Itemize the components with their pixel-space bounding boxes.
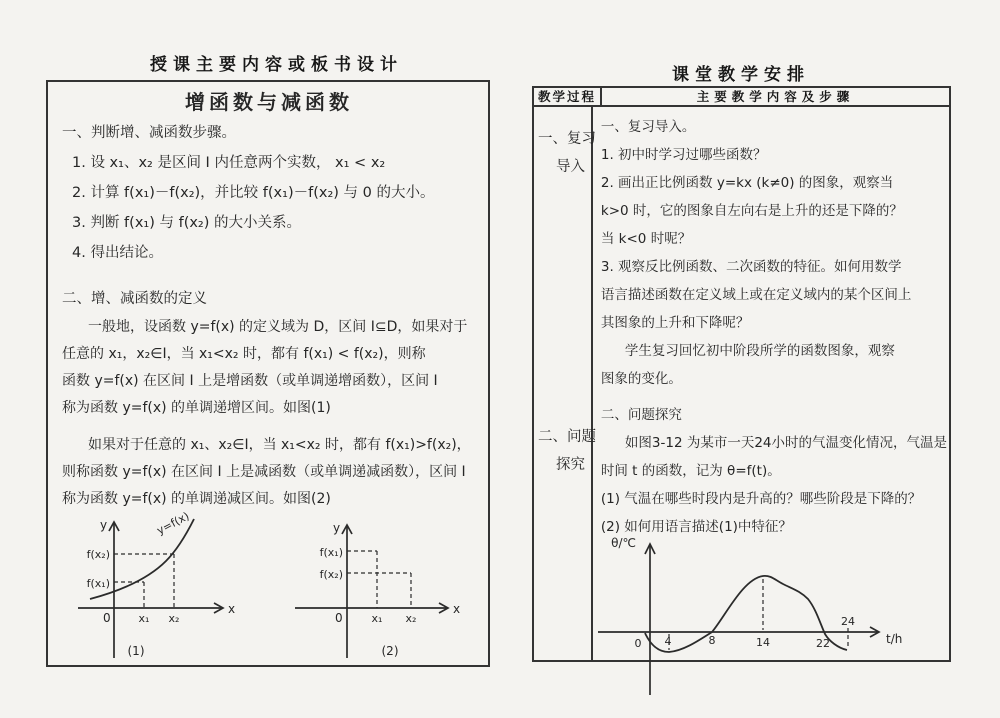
section2-heading: 二、增、减函数的定义: [62, 284, 476, 314]
scanned-lesson-plan: 授课主要内容或板书设计 增函数与减函数 一、判断增、减函数步骤。 1. 设 x₁…: [0, 0, 1000, 718]
temperature-curve-graph: θ/℃ t/h 0 4 8 14 22 24: [588, 533, 918, 703]
content-line: 1. 初中时学习过哪些函数？: [601, 141, 947, 169]
x2-tick-label: x₂: [406, 612, 417, 625]
process-column: 一、复习 导入 二、问题 探究: [534, 107, 593, 662]
process-label: 探究: [556, 453, 585, 474]
graph1-caption: (1): [128, 644, 145, 658]
y-axis-label: y: [100, 518, 107, 532]
board-title: 增函数与减函数: [62, 86, 476, 118]
tick-label: 22: [816, 637, 830, 650]
definition-line: 一般地，设函数 y=f(x) 的定义域为 D，区间 I⊆D，如果对于: [62, 314, 476, 341]
origin-label: 0: [103, 611, 111, 625]
content-line: 一、复习导入。: [601, 113, 947, 141]
fx1-label: f(x₁): [87, 577, 110, 590]
content-line: 语言描述函数在定义域上或在定义域内的某个区间上: [601, 281, 947, 309]
y-axis-label: y: [333, 521, 340, 535]
fx1-label: f(x₁): [320, 546, 343, 559]
process-label: 二、问题: [538, 425, 596, 446]
origin-label: 0: [335, 611, 343, 625]
content-line: 如图3-12 为某市一天24小时的气温变化情况，气温是: [601, 429, 947, 457]
definition-line: 称为函数 y=f(x) 的单调递增区间。如图(1): [62, 395, 476, 422]
definition-line: 函数 y=f(x) 在区间 I 上是增函数（或单调递增函数），区间 I: [62, 368, 476, 395]
x-axis-label: x: [453, 602, 460, 616]
right-page-header: 课堂教学安排: [672, 60, 810, 85]
x1-tick-label: x₁: [139, 612, 150, 625]
left-page-header: 授课主要内容或板书设计: [150, 50, 403, 75]
process-label: 一、复习: [538, 127, 596, 148]
section1-heading: 一、判断增、减函数步骤。: [62, 118, 476, 148]
definition-line: 称为函数 y=f(x) 的单调递减区间。如图(2): [62, 486, 476, 513]
content-column-header: 主要教学内容及步骤: [602, 88, 949, 105]
step-line: 3. 判断 f(x₁) 与 f(x₂) 的大小关系。: [62, 208, 476, 238]
x2-tick-label: x₂: [169, 612, 180, 625]
tick-label: 24: [841, 615, 855, 628]
content-line: 图象的变化。: [601, 365, 947, 393]
tick-label: 0: [635, 637, 642, 650]
content-line: 3. 观察反比例函数、二次函数的特征。如何用数学: [601, 253, 947, 281]
fx2-label: f(x₂): [87, 548, 110, 561]
fx2-label: f(x₂): [320, 568, 343, 581]
definition-line: 则称函数 y=f(x) 在区间 I 上是减函数（或单调递减函数），区间 I: [62, 459, 476, 486]
content-line: 学生复习回忆初中阶段所学的函数图象，观察: [601, 337, 947, 365]
graph2-caption: (2): [382, 644, 399, 658]
x-axis-label: x: [228, 602, 235, 616]
content-line: k>0 时，它的图象自左向右是上升的还是下降的？: [601, 197, 947, 225]
tick-label: 8: [709, 634, 716, 647]
decreasing-function-graph: y x 0 f(x₁) f(x₂) x₁ x₂ (2): [285, 518, 470, 663]
step-line: 1. 设 x₁、x₂ 是区间 I 内任意两个实数， x₁ < x₂: [62, 148, 476, 178]
content-line: 时间 t 的函数，记为 θ=f(t)。: [601, 457, 947, 485]
content-line: 其图象的上升和下降呢？: [601, 309, 947, 337]
content-line: 二、问题探究: [601, 401, 947, 429]
process-label: 导入: [556, 155, 585, 176]
tick-label: 4: [665, 635, 672, 648]
definition-line: 任意的 x₁，x₂∈I，当 x₁<x₂ 时，都有 f(x₁) < f(x₂)，则…: [62, 341, 476, 368]
content-line: 2. 画出正比例函数 y=kx (k≠0) 的图象，观察当: [601, 169, 947, 197]
content-line: 当 k<0 时呢？: [601, 225, 947, 253]
x1-tick-label: x₁: [372, 612, 383, 625]
tick-label: 14: [756, 636, 770, 649]
step-line: 2. 计算 f(x₁)－f(x₂)，并比较 f(x₁)－f(x₂) 与 0 的大…: [62, 178, 476, 208]
content-line: (1) 气温在哪些时段内是升高的？哪些阶段是下降的？: [601, 485, 947, 513]
definition-line: 如果对于任意的 x₁、x₂∈I，当 x₁<x₂ 时，都有 f(x₁)>f(x₂)…: [62, 432, 476, 459]
increasing-function-graph: y x 0 y=f(x) f(x₂) f(x₁) x₁ x₂ (1): [70, 513, 250, 663]
table-header-row: 教学过程 主要教学内容及步骤: [534, 88, 949, 107]
step-line: 4. 得出结论。: [62, 238, 476, 268]
time-axis-label: t/h: [886, 632, 902, 646]
theta-axis-label: θ/℃: [611, 536, 636, 550]
process-column-header: 教学过程: [534, 88, 602, 105]
